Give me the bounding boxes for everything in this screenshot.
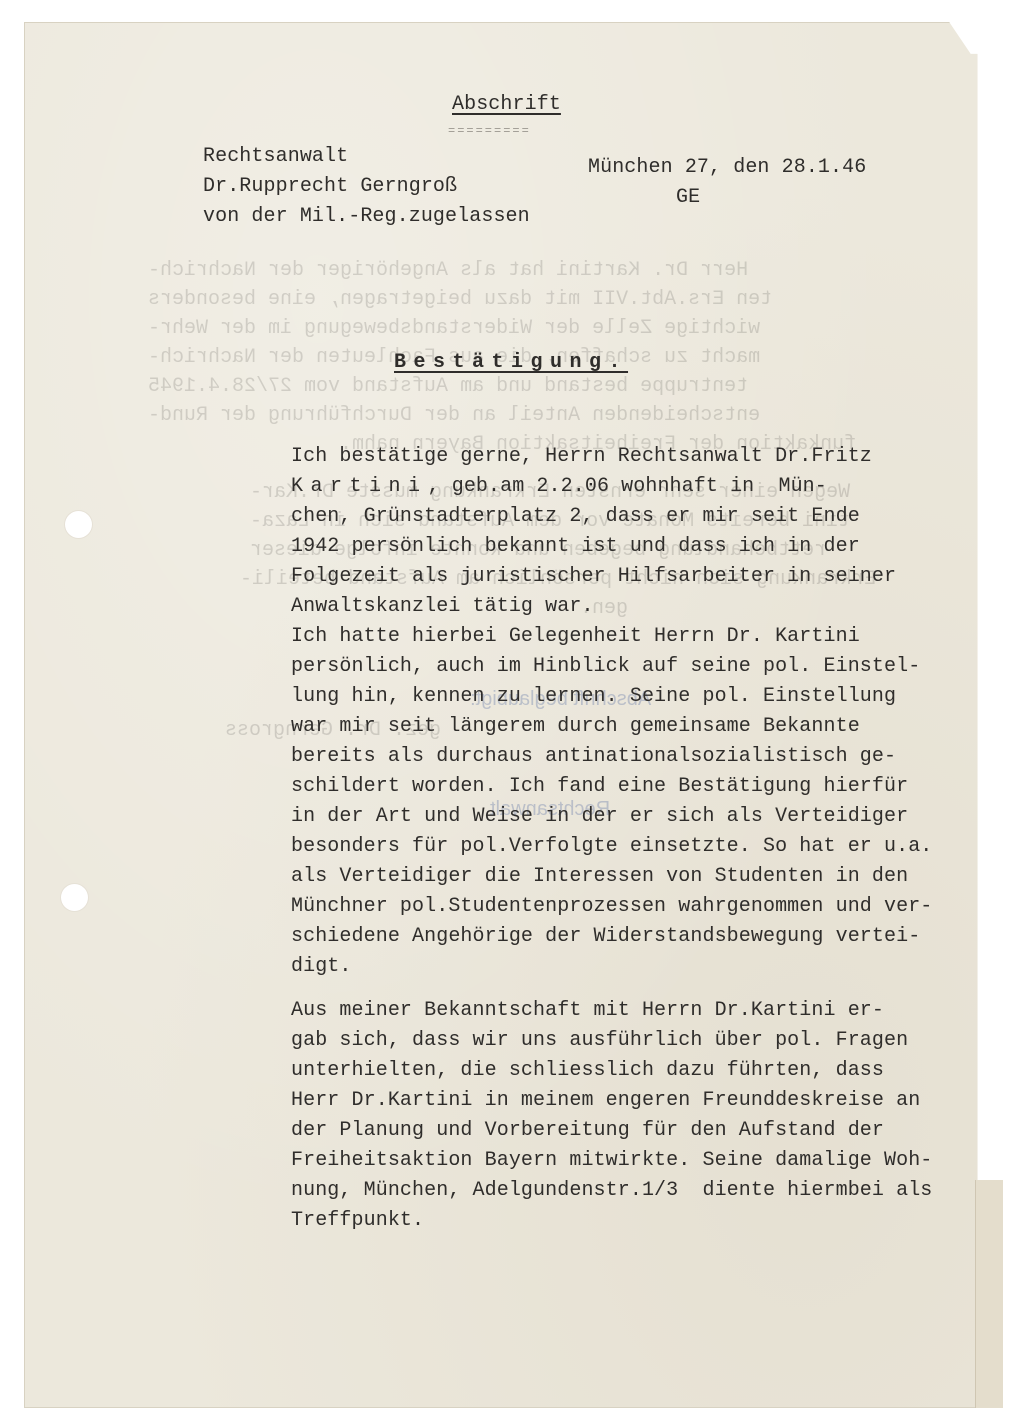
body-line: Treffpunkt. bbox=[291, 1206, 424, 1236]
body-line: schildert worden. Ich fand eine Bestätig… bbox=[291, 772, 908, 802]
body-line: nung, München, Adelgundenstr.1/3 diente … bbox=[291, 1176, 932, 1206]
body-line: Anwaltskanzlei tätig war. bbox=[291, 592, 594, 622]
bleed-line: entscheidenden Anteil an der Durchführun… bbox=[148, 401, 760, 431]
body-line: persönlich, auch im Hinblick auf seine p… bbox=[291, 652, 920, 682]
bleed-line: wichtige Zelle der Widerstandsbewegung i… bbox=[148, 314, 760, 344]
paper-fold-edge bbox=[975, 1180, 1003, 1408]
body-line: gab sich, dass wir uns ausführlich über … bbox=[291, 1026, 908, 1056]
body-line: besonders für pol.Verfolgte einsetzte. S… bbox=[291, 832, 932, 862]
body-line: Folgezeit als juristischer Hilfsarbeiter… bbox=[291, 562, 896, 592]
body-line: Freiheitsaktion Bayern mitwirkte. Seine … bbox=[291, 1146, 932, 1176]
body-line: 1942 persönlich bekannt ist und dass ich… bbox=[291, 532, 860, 562]
body-line: als Verteidiger die Interessen von Stude… bbox=[291, 862, 908, 892]
sender-name: Dr.Rupprecht Gerngroß bbox=[203, 172, 457, 202]
surname-spaced: Kartini bbox=[291, 475, 428, 498]
body-line: Münchner pol.Studentenprozessen wahrgeno… bbox=[291, 892, 932, 922]
body-line: war mir seit längerem durch gemeinsame B… bbox=[291, 712, 860, 742]
body-line: bereits als durchaus antinationalsoziali… bbox=[291, 742, 896, 772]
body-line: Ich bestätige gerne, Herrn Rechtsanwalt … bbox=[291, 442, 872, 472]
body-line: Ich hatte hierbei Gelegenheit Herrn Dr. … bbox=[291, 622, 860, 652]
body-line: chen, Grünstadterplatz 2, dass er mir se… bbox=[291, 502, 860, 532]
body-line: schiedene Angehörige der Widerstandsbewe… bbox=[291, 922, 920, 952]
document-heading: Abschrift bbox=[452, 90, 561, 120]
body-line: der Planung und Vorbereitung für den Auf… bbox=[291, 1116, 884, 1146]
body-line: unterhielten, die schliesslich dazu führ… bbox=[291, 1056, 884, 1086]
body-line: Aus meiner Bekanntschaft mit Herrn Dr.Ka… bbox=[291, 996, 884, 1026]
body-line-rest: , geb.am 2.2.06 wohnhaft in Mün- bbox=[428, 475, 827, 498]
document-title: Bestätigung. bbox=[394, 348, 628, 378]
body-line: lung hin, kennen zu lernen. Seine pol. E… bbox=[291, 682, 896, 712]
bleed-line: Herr Dr. Kartini hat als Angehöriger der… bbox=[148, 256, 748, 286]
heading-rule: ========= bbox=[448, 124, 531, 138]
sender-accreditation: von der Mil.-Reg.zugelassen bbox=[203, 202, 530, 232]
body-line: digt. bbox=[291, 952, 352, 982]
body-line: Herr Dr.Kartini in meinem engeren Freund… bbox=[291, 1086, 920, 1116]
sender-title: Rechtsanwalt bbox=[203, 142, 348, 172]
reference-initials: GE bbox=[676, 183, 700, 213]
punch-hole-bottom bbox=[61, 884, 88, 911]
bleed-line: ten Ers.Abt.VII mit dazu beigetragen, ei… bbox=[148, 285, 772, 315]
place-date: München 27, den 28.1.46 bbox=[588, 153, 866, 183]
punch-hole-top bbox=[65, 511, 92, 538]
body-line: in der Art und Weise in der er sich als … bbox=[291, 802, 908, 832]
body-line: Kartini, geb.am 2.2.06 wohnhaft in Mün- bbox=[291, 472, 827, 502]
